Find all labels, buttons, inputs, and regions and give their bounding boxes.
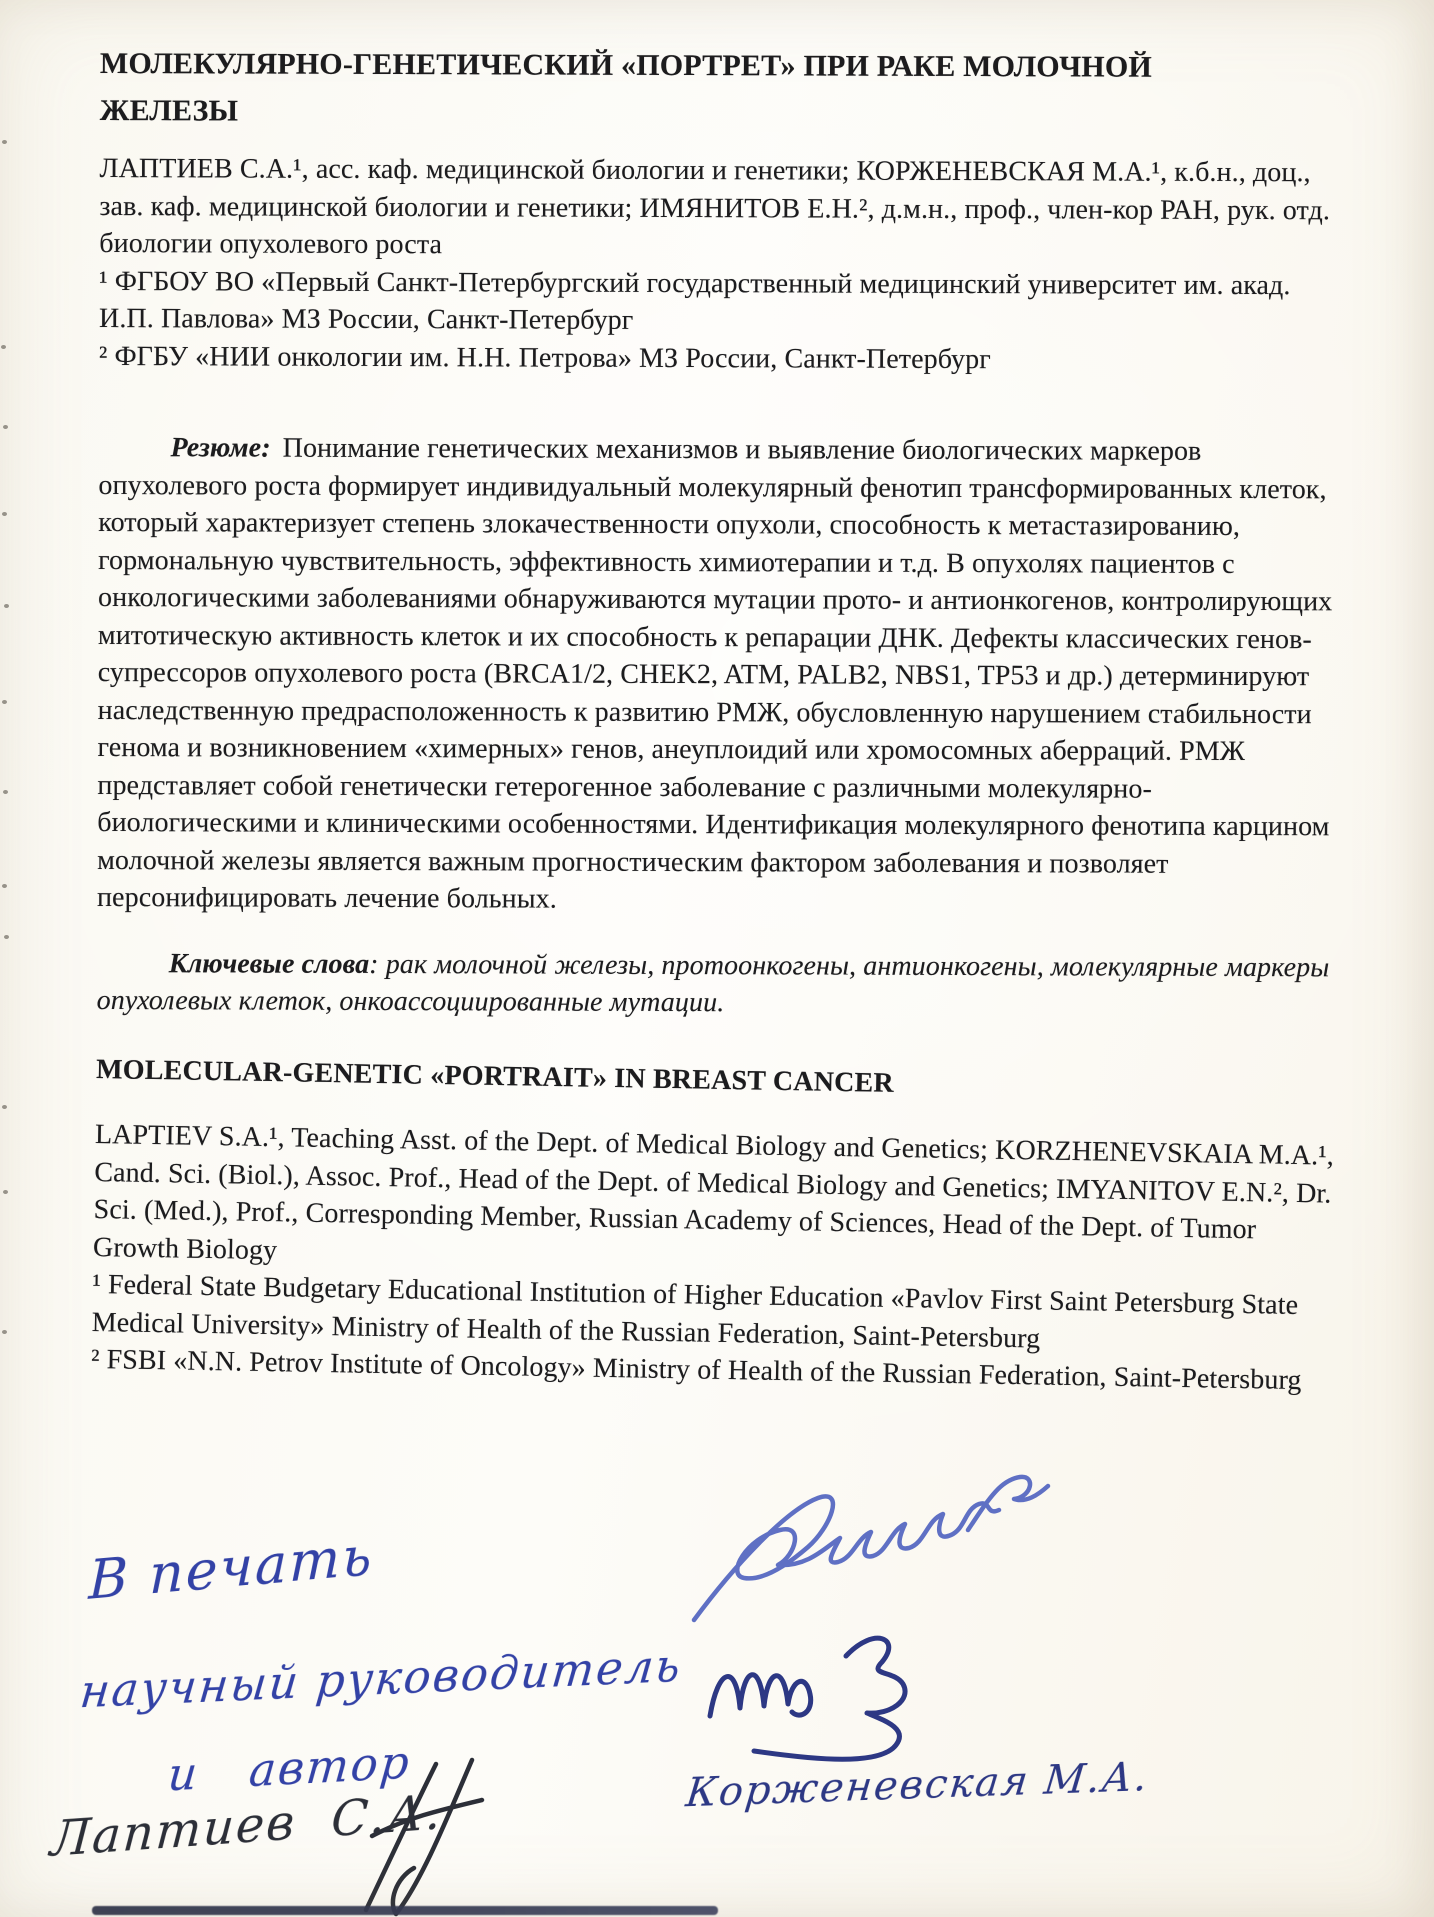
scan-artifact [2,1105,7,1109]
scan-artifact [2,884,7,888]
affiliation1-ru: ¹ ФГБОУ ВО «Первый Санкт-Петербургский г… [99,262,1339,341]
scan-artifact [4,935,9,939]
authors-en: LAPTIEV S.A.¹, Teaching Asst. of the Dep… [93,1115,1335,1287]
handwritten-note-supervisor: научный руководитель [78,1639,685,1719]
abstract-label: Резюме: [171,432,271,463]
document-title-ru: МОЛЕКУЛЯРНО-ГЕНЕТИЧЕСКИЙ «ПОРТРЕТ» ПРИ Р… [100,40,1220,138]
keywords-paragraph: Ключевые слова: рак молочной железы, про… [97,944,1337,1023]
abstract-text: Понимание генетических механизмов и выяв… [97,433,1332,915]
english-section: MOLECULAR-GENETIC «PORTRAIT» IN BREAST C… [91,1049,1337,1399]
scan-artifact [2,512,7,516]
authors-ru: ЛАПТИЕВ С.А.¹, асс. каф. медицинской био… [99,150,1339,267]
affiliation2-ru: ² ФГБУ «НИИ онкологии им. Н.Н. Петрова» … [99,337,1339,379]
scan-artifact [2,700,7,704]
scan-artifact [2,140,7,144]
korzhenevskaia-signature [698,1618,972,1782]
scan-artifact [4,604,9,608]
scan-artifact [3,425,8,429]
document-content: МОЛЕКУЛЯРНО-ГЕНЕТИЧЕСКИЙ «ПОРТРЕТ» ПРИ Р… [95,40,1340,1382]
document-title-en: MOLECULAR-GENETIC «PORTRAIT» IN BREAST C… [96,1049,1337,1111]
imyanitov-signature [668,1468,1054,1640]
scanned-document-page: МОЛЕКУЛЯРНО-ГЕНЕТИЧЕСКИЙ «ПОРТРЕТ» ПРИ Р… [0,0,1434,1917]
scan-artifact [2,1330,7,1334]
abstract-paragraph: Резюме:Понимание генетических механизмов… [97,429,1339,921]
scan-artifact [3,1190,8,1194]
scan-artifact [1,345,6,349]
laptiev-signature-flourish [338,1756,522,1917]
keywords-label: Ключевые слова [169,948,370,980]
page-bottom-edge-shadow [92,1906,718,1915]
scan-artifact [3,790,8,794]
handwritten-note-to-print: В печать [88,1523,374,1611]
